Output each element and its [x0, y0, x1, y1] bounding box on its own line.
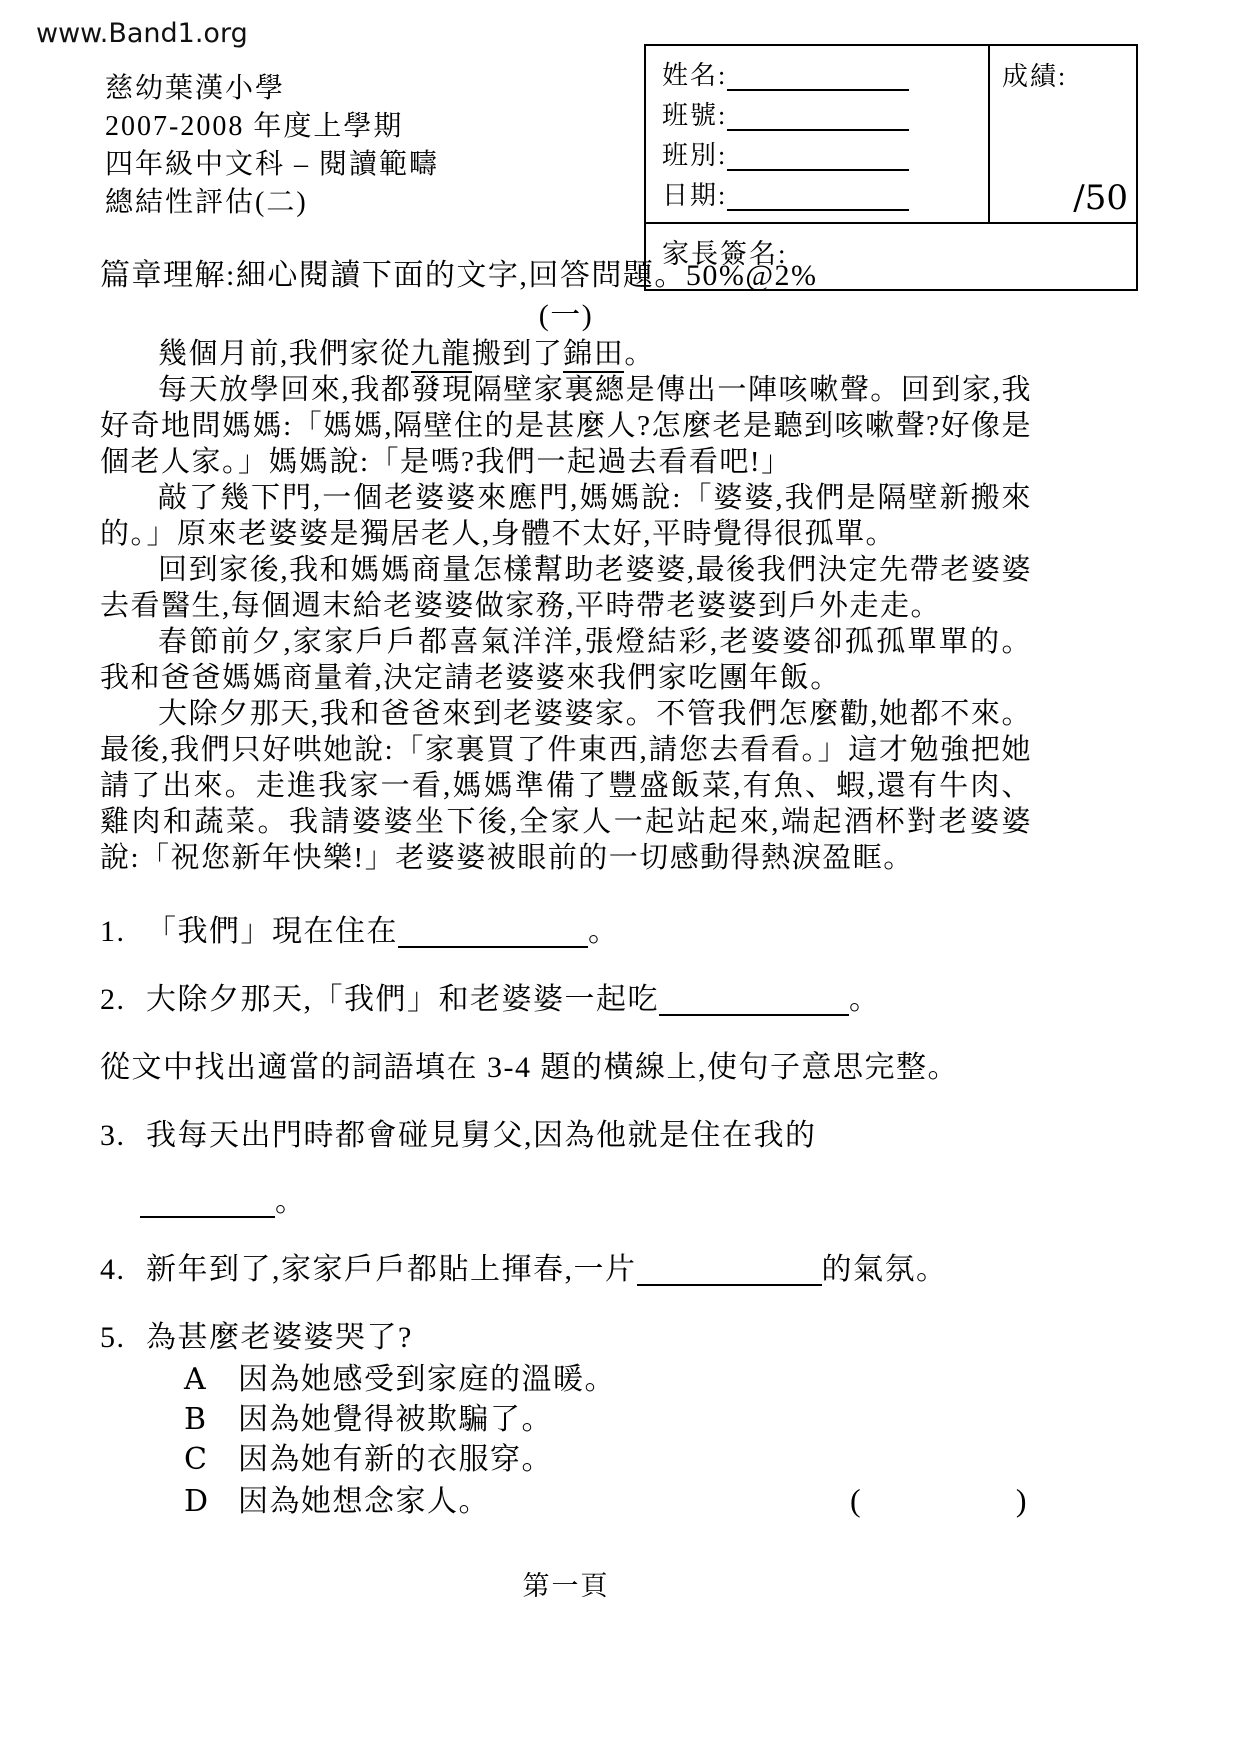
question-3: 3.我每天出門時都會碰見舅父,因為他就是住在我的 — [100, 1116, 1032, 1156]
class-number-label: 班號: — [662, 101, 727, 130]
questions-section: 1.「我們」現在住在。 2.大除夕那天,「我們」和老婆婆一起吃。 從文中找出適當… — [100, 912, 1032, 1520]
q4-answer-blank — [637, 1256, 822, 1286]
question-1: 1.「我們」現在住在。 — [100, 912, 1032, 952]
bracket-close: ) — [1016, 1482, 1028, 1518]
q3-answer-blank — [140, 1188, 275, 1218]
question-text: 新年到了,家家戶戶都貼上揮春,一片 — [146, 1253, 637, 1286]
passage-paragraph-3: 敲了幾下門,一個老婆婆來應門,媽媽說:「婆婆,我們是隔壁新搬來的。」原來老婆婆是… — [100, 480, 1032, 552]
option-letter: B — [184, 1402, 238, 1438]
student-info-box: 姓名: 班號: 班別: 日期: 成績: /50 家長簽名: — [644, 44, 1138, 291]
assessment-title: 總結性評估(二) — [105, 184, 439, 222]
school-name: 慈幼葉漢小學 — [105, 70, 439, 108]
place-name-underlined: 錦田 — [563, 338, 624, 373]
passage-paragraph-5: 春節前夕,家家戶戶都喜氣洋洋,張燈結彩,老婆婆卻孤孤單單的。我和爸爸媽媽商量着,… — [100, 624, 1032, 696]
question-number: 1. — [100, 912, 146, 952]
question-text-after: 。 — [588, 915, 620, 948]
school-header: 慈幼葉漢小學 2007-2008 年度上學期 四年級中文科 – 閱讀範疇 總結性… — [105, 70, 439, 222]
question-5-options: A因為她感受到家庭的溫暖。 B因為她覺得被欺騙了。 C因為她有新的衣服穿。 D因… — [184, 1362, 1032, 1520]
date-field-row: 日期: — [662, 176, 982, 216]
question-number: 4. — [100, 1250, 146, 1290]
class-field-row: 班別: — [662, 136, 982, 176]
answer-brackets: () — [850, 1482, 1028, 1518]
school-term: 2007-2008 年度上學期 — [105, 108, 439, 146]
option-text: 因為她感受到家庭的溫暖。 — [238, 1362, 616, 1398]
passage-number: (一) — [100, 296, 1032, 336]
subject-line: 四年級中文科 – 閱讀範疇 — [105, 146, 439, 184]
name-blank-line — [727, 65, 909, 91]
paragraph-text: 幾個月前,我們家從 — [158, 338, 411, 370]
question-5: 5.為甚麼老婆婆哭了? — [100, 1318, 1032, 1358]
paragraph-text: 搬到了 — [472, 338, 564, 370]
question-4: 4.新年到了,家家戶戶都貼上揮春,一片的氣氛。 — [100, 1250, 1032, 1290]
question-stem: 為甚麼老婆婆哭了? — [146, 1321, 413, 1354]
watermark: www.Band1.org — [36, 18, 248, 49]
question-number: 3. — [100, 1116, 146, 1156]
question-text-after: 。 — [849, 983, 881, 1016]
class-number-blank-line — [727, 105, 909, 131]
reading-passage: 幾個月前,我們家從九龍搬到了錦田。 每天放學回來,我都發現隔壁家裏總是傳出一陣咳… — [100, 336, 1032, 876]
option-a: A因為她感受到家庭的溫暖。 — [184, 1362, 1032, 1398]
class-number-field-row: 班號: — [662, 96, 982, 136]
class-blank-line — [727, 145, 909, 171]
option-text: 因為她想念家人。 — [238, 1484, 490, 1520]
option-text: 因為她有新的衣服穿。 — [238, 1442, 553, 1478]
score-total: /50 — [1073, 178, 1128, 218]
option-b: B因為她覺得被欺騙了。 — [184, 1402, 1032, 1438]
class-label: 班別: — [662, 141, 727, 170]
question-3-answer-line: 。 — [140, 1182, 1032, 1222]
date-blank-line — [727, 185, 909, 211]
question-text-after: 。 — [275, 1185, 307, 1218]
score-cell: 成績: /50 — [990, 46, 1136, 222]
bracket-open: ( — [850, 1482, 862, 1518]
passage-paragraph-2: 每天放學回來,我都發現隔壁家裏總是傳出一陣咳嗽聲。回到家,我好奇地問媽媽:「媽媽… — [100, 372, 1032, 480]
q1-answer-blank — [398, 918, 588, 948]
passage-paragraph-6: 大除夕那天,我和爸爸來到老婆婆家。不管我們怎麼勸,她都不來。最後,我們只好哄她說… — [100, 696, 1032, 876]
score-label: 成績: — [1002, 62, 1067, 91]
option-text: 因為她覺得被欺騙了。 — [238, 1402, 553, 1438]
passage-paragraph-1: 幾個月前,我們家從九龍搬到了錦田。 — [100, 336, 1032, 372]
fill-in-instruction: 從文中找出適當的詞語填在 3-4 題的橫線上,使句子意思完整。 — [100, 1048, 1032, 1088]
exam-page: www.Band1.org 慈幼葉漢小學 2007-2008 年度上學期 四年級… — [0, 0, 1240, 1754]
date-label: 日期: — [662, 181, 727, 210]
question-text: 大除夕那天,「我們」和老婆婆一起吃 — [146, 983, 659, 1016]
name-field-row: 姓名: — [662, 56, 982, 96]
question-2: 2.大除夕那天,「我們」和老婆婆一起吃。 — [100, 980, 1032, 1020]
option-d: D因為她想念家人。 () — [184, 1482, 1032, 1520]
paragraph-text: 。 — [624, 338, 655, 370]
q2-answer-blank — [659, 986, 849, 1016]
question-text: 「我們」現在住在 — [146, 915, 398, 948]
exam-content: 篇章理解:細心閱讀下面的文字,回答問題。50%@2% (一) 幾個月前,我們家從… — [100, 256, 1032, 1604]
option-c: C因為她有新的衣服穿。 — [184, 1442, 1032, 1478]
page-number-footer: 第一頁 — [100, 1568, 1032, 1604]
option-letter: D — [184, 1484, 238, 1520]
question-number: 5. — [100, 1318, 146, 1358]
option-letter: A — [184, 1362, 238, 1398]
section-instruction: 篇章理解:細心閱讀下面的文字,回答問題。50%@2% — [100, 256, 1032, 296]
passage-paragraph-4: 回到家後,我和媽媽商量怎樣幫助老婆婆,最後我們決定先帶老婆婆去看醫生,每個週末給… — [100, 552, 1032, 624]
name-label: 姓名: — [662, 61, 727, 90]
option-letter: C — [184, 1442, 238, 1478]
question-text: 我每天出門時都會碰見舅父,因為他就是住在我的 — [146, 1119, 817, 1152]
student-info-fields: 姓名: 班號: 班別: 日期: — [646, 46, 990, 222]
question-number: 2. — [100, 980, 146, 1020]
question-text-after: 的氣氛。 — [822, 1253, 948, 1286]
place-name-underlined: 九龍 — [411, 338, 472, 373]
